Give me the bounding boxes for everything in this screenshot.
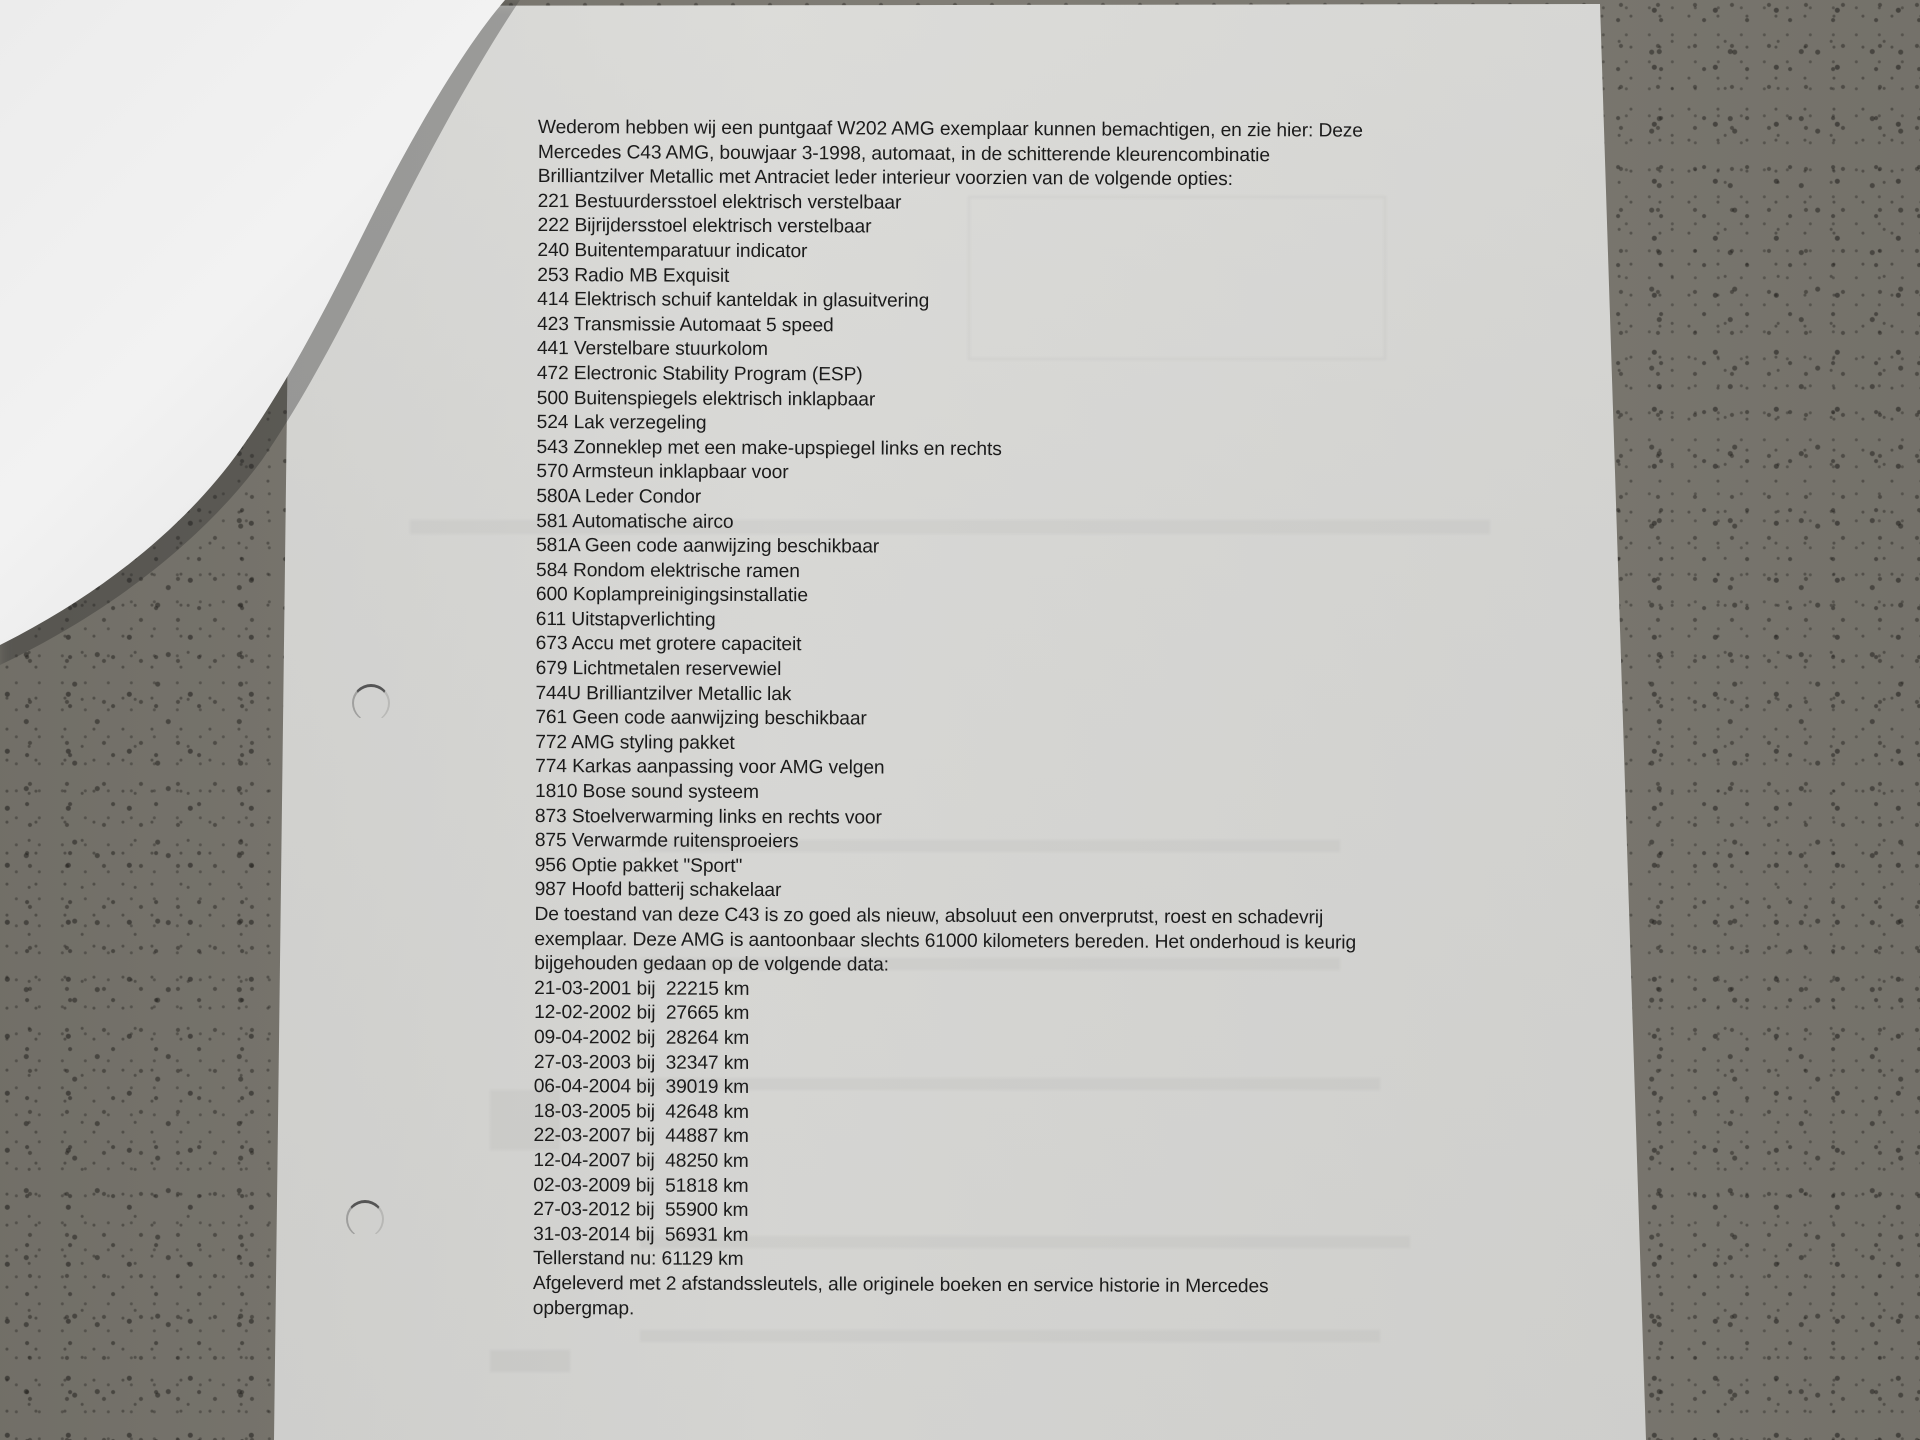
option-code: 580A bbox=[536, 486, 579, 507]
service-date: 27-03-2003 bbox=[534, 1052, 631, 1073]
option-code: 611 bbox=[536, 609, 566, 630]
service-date: 09-04-2002 bbox=[534, 1027, 631, 1048]
service-unit: km bbox=[723, 1102, 748, 1123]
option-item: 441 Verstelbare stuurkolom bbox=[537, 337, 1417, 365]
option-item: 543 Zonneklep met een make-upspiegel lin… bbox=[536, 436, 1416, 464]
option-description: Accu met grotere capaciteit bbox=[572, 634, 802, 656]
option-code: 570 bbox=[536, 461, 568, 482]
option-code: 253 bbox=[537, 265, 569, 286]
option-description: Bijrijdersstoel elektrisch verstelbaar bbox=[574, 216, 871, 238]
option-description: Radio MB Exquisit bbox=[574, 265, 729, 287]
option-item: 570 Armsteun inklapbaar voor bbox=[536, 460, 1416, 488]
option-description: Lak verzegeling bbox=[574, 412, 707, 434]
option-item: 774 Karkas aanpassing voor AMG velgen bbox=[535, 755, 1415, 783]
option-code: 679 bbox=[536, 658, 568, 679]
condition-paragraph: De toestand van deze C43 is zo goed als … bbox=[534, 903, 1414, 981]
option-description: Bestuurdersstoel elektrisch verstelbaar bbox=[575, 191, 902, 213]
closing-paragraph: Afgeleverd met 2 afstandssleutels, alle … bbox=[533, 1272, 1413, 1325]
condition-line: De toestand van deze C43 is zo goed als … bbox=[534, 903, 1414, 931]
intro-line: Brilliantzilver Metallic met Antraciet l… bbox=[538, 165, 1418, 193]
option-code: 441 bbox=[537, 338, 569, 359]
option-code: 873 bbox=[535, 806, 567, 827]
service-connector: bij bbox=[636, 1003, 655, 1024]
service-unit: km bbox=[723, 1225, 748, 1246]
option-description: Verwarmde ruitensproeiers bbox=[572, 830, 799, 852]
option-code: 772 bbox=[535, 732, 567, 753]
service-entry: 27-03-2012 bij 55900 km bbox=[533, 1198, 1413, 1226]
service-connector: bij bbox=[637, 978, 656, 999]
service-km: 39019 bbox=[665, 1077, 718, 1098]
option-item: 875 Verwarmde ruitensproeiers bbox=[535, 829, 1415, 857]
option-description: Uitstapverlichting bbox=[571, 609, 715, 631]
service-km: 27665 bbox=[666, 1003, 719, 1024]
option-code: 956 bbox=[535, 855, 567, 876]
option-description: Transmissie Automaat 5 speed bbox=[574, 314, 834, 336]
option-description: Buitenspiegels elektrisch inklapbaar bbox=[574, 388, 876, 410]
option-code: 581 bbox=[536, 510, 568, 531]
service-km: 44887 bbox=[665, 1126, 718, 1147]
service-connector: bij bbox=[636, 1126, 655, 1147]
service-connector: bij bbox=[635, 1224, 654, 1245]
option-description: Brilliantzilver Metallic lak bbox=[586, 683, 791, 705]
option-item: 600 Koplampreinigingsinstallatie bbox=[536, 583, 1416, 611]
bleed-through-mark bbox=[490, 1350, 570, 1372]
option-code: 221 bbox=[538, 191, 570, 212]
option-code: 222 bbox=[537, 215, 569, 236]
option-description: Karkas aanpassing voor AMG velgen bbox=[572, 757, 884, 779]
service-history-list: 21-03-2001 bij 22215 km12-02-2002 bij 27… bbox=[533, 977, 1414, 1251]
service-unit: km bbox=[724, 1028, 749, 1049]
option-description: AMG styling pakket bbox=[571, 732, 735, 754]
service-unit: km bbox=[723, 1200, 748, 1221]
option-code: 543 bbox=[537, 437, 569, 458]
service-km: 51818 bbox=[665, 1175, 718, 1196]
option-description: Rondom elektrische ramen bbox=[573, 560, 800, 582]
option-code: 423 bbox=[537, 314, 569, 335]
service-connector: bij bbox=[636, 1027, 655, 1048]
service-unit: km bbox=[723, 1126, 748, 1147]
option-item: 873 Stoelverwarming links en rechts voor bbox=[535, 805, 1415, 833]
service-entry: 21-03-2001 bij 22215 km bbox=[534, 977, 1414, 1005]
condition-line: exemplaar. Deze AMG is aantoonbaar slech… bbox=[534, 928, 1414, 956]
option-code: 875 bbox=[535, 830, 567, 851]
option-item: 956 Optie pakket "Sport" bbox=[535, 854, 1415, 882]
service-connector: bij bbox=[636, 1150, 655, 1171]
service-date: 21-03-2001 bbox=[534, 978, 631, 999]
service-date: 02-03-2009 bbox=[533, 1175, 630, 1196]
option-item: 761 Geen code aanwijzing beschikbaar bbox=[535, 706, 1415, 734]
service-unit: km bbox=[724, 979, 749, 1000]
service-date: 27-03-2012 bbox=[533, 1199, 630, 1220]
option-item: 772 AMG styling pakket bbox=[535, 731, 1415, 759]
closing-line: opbergmap. bbox=[533, 1296, 1413, 1324]
option-description: Stoelverwarming links en rechts voor bbox=[572, 806, 882, 828]
service-entry: 06-04-2004 bij 39019 km bbox=[534, 1075, 1414, 1103]
closing-line: Afgeleverd met 2 afstandssleutels, alle … bbox=[533, 1272, 1413, 1300]
service-unit: km bbox=[724, 1003, 749, 1024]
option-description: Elektrisch schuif kanteldak in glasuitve… bbox=[574, 289, 929, 312]
option-description: Bose sound systeem bbox=[583, 781, 759, 803]
service-km: 55900 bbox=[665, 1200, 718, 1221]
option-item: 414 Elektrisch schuif kanteldak in glasu… bbox=[537, 288, 1417, 316]
intro-paragraph: Wederom hebben wij een puntgaaf W202 AMG… bbox=[538, 116, 1418, 194]
option-item: 673 Accu met grotere capaciteit bbox=[536, 632, 1416, 660]
option-description: Buitentemparatuur indicator bbox=[574, 240, 807, 262]
option-code: 524 bbox=[537, 412, 569, 433]
option-code: 600 bbox=[536, 584, 568, 605]
intro-line: Mercedes C43 AMG, bouwjaar 3-1998, autom… bbox=[538, 141, 1418, 169]
option-code: 774 bbox=[535, 756, 567, 777]
service-km: 28264 bbox=[666, 1028, 719, 1049]
option-item: 679 Lichtmetalen reservewiel bbox=[536, 657, 1416, 685]
service-entry: 12-04-2007 bij 48250 km bbox=[533, 1149, 1413, 1177]
option-description: Optie pakket "Sport" bbox=[572, 855, 743, 877]
option-description: Leder Condor bbox=[585, 486, 701, 508]
service-km: 42648 bbox=[665, 1101, 718, 1122]
service-entry: 27-03-2003 bij 32347 km bbox=[534, 1051, 1414, 1079]
option-item: 472 Electronic Stability Program (ESP) bbox=[537, 362, 1417, 390]
service-entry: 09-04-2002 bij 28264 km bbox=[534, 1026, 1414, 1054]
option-item: 222 Bijrijdersstoel elektrisch verstelba… bbox=[537, 214, 1417, 242]
option-item: 1810 Bose sound systeem bbox=[535, 780, 1415, 808]
service-connector: bij bbox=[636, 1052, 655, 1073]
bleed-through-line bbox=[640, 1330, 1380, 1342]
intro-line: Wederom hebben wij een puntgaaf W202 AMG… bbox=[538, 116, 1418, 144]
option-code: 500 bbox=[537, 388, 569, 409]
service-entry: 18-03-2005 bij 42648 km bbox=[534, 1100, 1414, 1128]
option-item: 987 Hoofd batterij schakelaar bbox=[535, 878, 1415, 906]
service-entry: 12-02-2002 bij 27665 km bbox=[534, 1001, 1414, 1029]
option-description: Hoofd batterij schakelaar bbox=[572, 880, 782, 902]
option-code: 987 bbox=[535, 879, 567, 900]
option-description: Verstelbare stuurkolom bbox=[574, 339, 768, 361]
option-item: 744U Brilliantzilver Metallic lak bbox=[535, 682, 1415, 710]
option-description: Automatische airco bbox=[572, 511, 733, 533]
option-code: 581A bbox=[536, 535, 579, 556]
option-code: 414 bbox=[537, 289, 569, 310]
options-list: 221 Bestuurdersstoel elektrisch verstelb… bbox=[535, 190, 1418, 907]
option-code: 472 bbox=[537, 363, 569, 384]
service-date: 12-02-2002 bbox=[534, 1002, 631, 1023]
option-code: 240 bbox=[537, 240, 569, 261]
service-km: 48250 bbox=[665, 1151, 718, 1172]
service-km: 22215 bbox=[666, 978, 719, 999]
service-unit: km bbox=[723, 1175, 748, 1196]
service-entry: 02-03-2009 bij 51818 km bbox=[533, 1174, 1413, 1202]
option-code: 673 bbox=[536, 633, 568, 654]
option-item: 253 Radio MB Exquisit bbox=[537, 264, 1417, 292]
option-code: 584 bbox=[536, 560, 568, 581]
option-item: 584 Rondom elektrische ramen bbox=[536, 559, 1416, 587]
option-item: 581 Automatische airco bbox=[536, 509, 1416, 537]
service-date: 06-04-2004 bbox=[534, 1076, 631, 1097]
option-item: 580A Leder Condor bbox=[536, 485, 1416, 513]
option-description: Geen code aanwijzing beschikbaar bbox=[585, 535, 879, 557]
option-item: 524 Lak verzegeling bbox=[537, 411, 1417, 439]
service-km: 32347 bbox=[666, 1052, 719, 1073]
service-date: 22-03-2007 bbox=[534, 1125, 631, 1146]
option-item: 221 Bestuurdersstoel elektrisch verstelb… bbox=[538, 190, 1418, 218]
option-description: Koplampreinigingsinstallatie bbox=[573, 584, 808, 606]
document-body: Wederom hebben wij een puntgaaf W202 AMG… bbox=[533, 116, 1418, 1325]
service-date: 12-04-2007 bbox=[533, 1150, 630, 1171]
option-description: Zonneklep met een make-upspiegel links e… bbox=[573, 437, 1001, 460]
option-item: 500 Buitenspiegels elektrisch inklapbaar bbox=[537, 387, 1417, 415]
option-item: 240 Buitentemparatuur indicator bbox=[537, 239, 1417, 267]
condition-line: bijgehouden gedaan op de volgende data: bbox=[534, 952, 1414, 980]
service-entry: 31-03-2014 bij 56931 km bbox=[533, 1223, 1413, 1251]
option-description: Electronic Stability Program (ESP) bbox=[574, 363, 863, 385]
option-code: 761 bbox=[535, 707, 567, 728]
punch-hole bbox=[352, 684, 390, 722]
service-km: 56931 bbox=[665, 1224, 718, 1245]
service-date: 18-03-2005 bbox=[534, 1101, 631, 1122]
option-description: Geen code aanwijzing beschikbaar bbox=[572, 707, 866, 729]
service-unit: km bbox=[724, 1077, 749, 1098]
service-entry: 22-03-2007 bij 44887 km bbox=[533, 1124, 1413, 1152]
service-connector: bij bbox=[636, 1101, 655, 1122]
option-item: 581A Geen code aanwijzing beschikbaar bbox=[536, 534, 1416, 562]
service-connector: bij bbox=[636, 1175, 655, 1196]
punch-hole bbox=[346, 1200, 384, 1238]
option-description: Lichtmetalen reservewiel bbox=[572, 658, 781, 680]
service-connector: bij bbox=[636, 1200, 655, 1221]
option-item: 611 Uitstapverlichting bbox=[536, 608, 1416, 636]
odometer-reading: Tellerstand nu: 61129 km bbox=[533, 1247, 1413, 1275]
service-date: 31-03-2014 bbox=[533, 1224, 630, 1245]
service-unit: km bbox=[723, 1151, 748, 1172]
option-code: 744U bbox=[535, 683, 581, 704]
option-description: Armsteun inklapbaar voor bbox=[572, 461, 788, 483]
service-connector: bij bbox=[636, 1077, 655, 1098]
service-unit: km bbox=[724, 1052, 749, 1073]
option-item: 423 Transmissie Automaat 5 speed bbox=[537, 313, 1417, 341]
option-code: 1810 bbox=[535, 781, 577, 802]
